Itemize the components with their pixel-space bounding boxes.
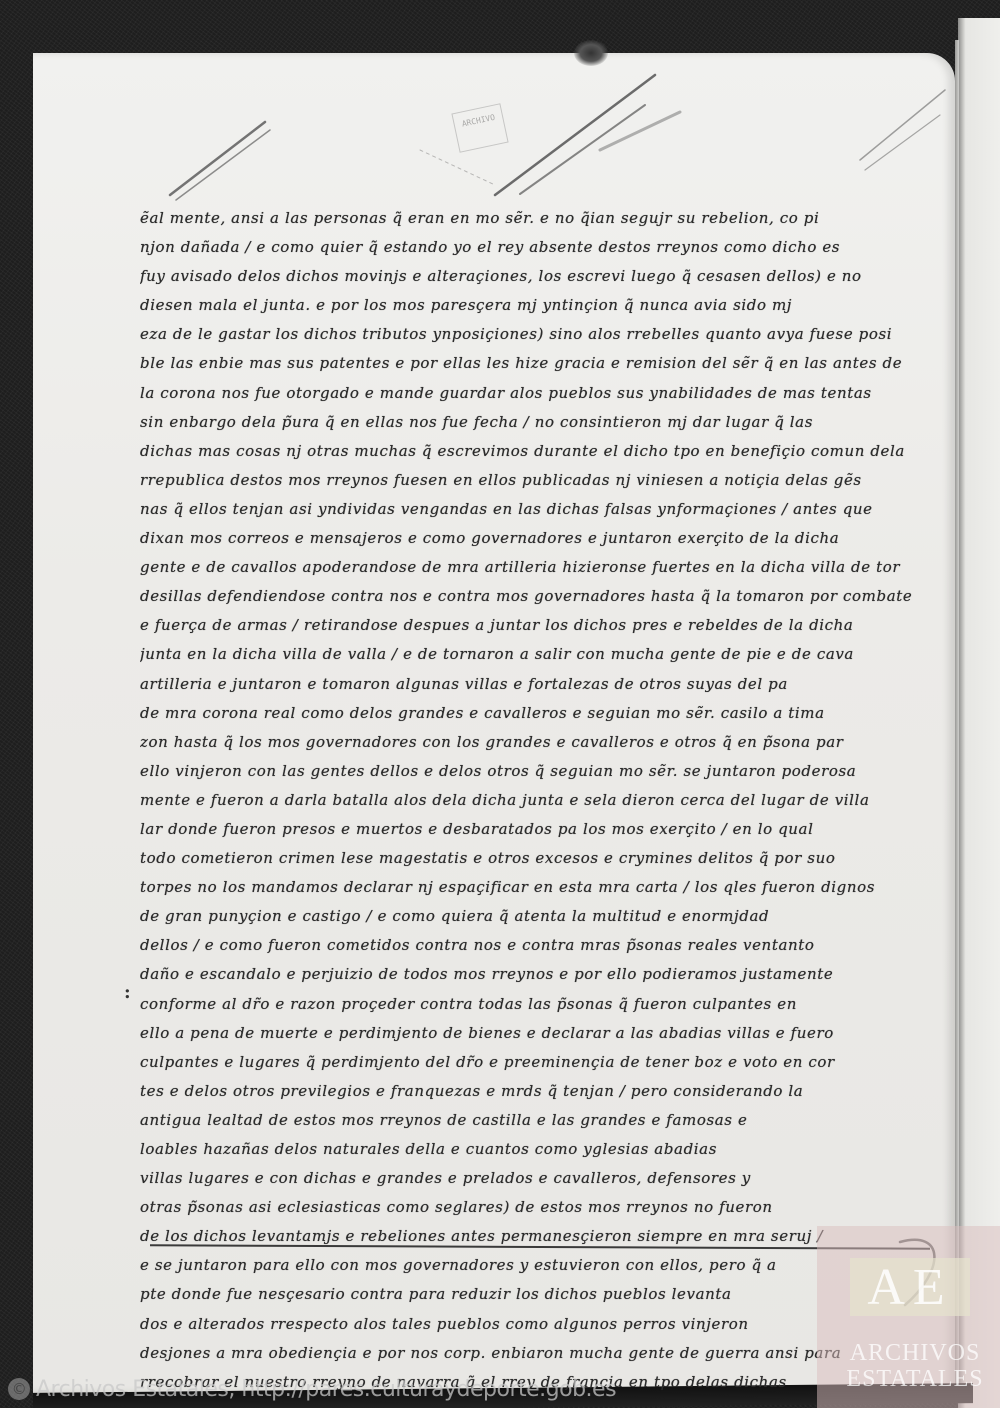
text-line: sin enbargo dela p̃ura q̃ en ellas nos f…	[140, 408, 925, 437]
text-line: dos e alterados rrespecto alos tales pue…	[140, 1310, 925, 1339]
text-line: ello vinjeron con las gentes dellos e de…	[140, 757, 925, 786]
page-edge-shadow	[955, 40, 959, 1400]
text-line: dixan mos correos e mensajeros e como go…	[140, 524, 925, 553]
copyright-text: Archivos Estatales, http://pares.cultura…	[36, 1377, 616, 1402]
margin-mark: :	[124, 982, 131, 1003]
text-line: daño e escandalo e perjuizio de todos mo…	[140, 960, 925, 989]
text-line: njon dañada / e como quier q̃ estando yo…	[140, 233, 925, 262]
text-line: torpes no los mandamos declarar nj espaç…	[140, 873, 925, 902]
text-line: zon hasta q̃ los mos governadores con lo…	[140, 728, 925, 757]
manuscript-text: ẽal mente, ansi a las personas q̃ eran e…	[140, 204, 925, 1397]
text-line: dellos / e como fueron cometidos contra …	[140, 931, 925, 960]
text-line: de mra corona real como delos grandes e …	[140, 699, 925, 728]
text-line: mente e fueron a darla batalla alos dela…	[140, 786, 925, 815]
copyright-footer: © Archivos Estatales, http://pares.cultu…	[8, 1372, 616, 1406]
archive-stamp-text: ARCHIVO	[461, 113, 496, 129]
text-line: conforme al dr̃o e razon proçeder contra…	[140, 990, 925, 1019]
text-line: rrepublica destos mos rreynos fuesen en …	[140, 466, 925, 495]
facing-page-edge	[958, 18, 1000, 1408]
text-line: fuy avisado delos dichos movinjs e alter…	[140, 262, 925, 291]
text-line: junta en la dicha villa de valla / e de …	[140, 640, 925, 669]
text-line: eza de le gastar los dichos tributos ynp…	[140, 320, 925, 349]
watermark-line-2: ESTATALES	[830, 1366, 1000, 1392]
text-line: de gran punyçion e castigo / e como quie…	[140, 902, 925, 931]
archive-logo-icon: AE	[850, 1258, 970, 1316]
text-line: todo cometieron crimen lese magestatis e…	[140, 844, 925, 873]
text-line: dichas mas cosas nj otras muchas q̃ escr…	[140, 437, 925, 466]
text-line: desjones a mra obediençia e por nos corp…	[140, 1339, 925, 1368]
text-line: e fuerça de armas / retirandose despues …	[140, 611, 925, 640]
text-line: e se juntaron para ello con mos governad…	[140, 1251, 925, 1280]
text-line: pte donde fue nesçesario contra para red…	[140, 1280, 925, 1309]
text-line: antigua lealtad de estos mos rreynos de …	[140, 1106, 925, 1135]
text-line: desillas defendiendose contra nos e cont…	[140, 582, 925, 611]
text-line: villas lugares e con dichas e grandes e …	[140, 1164, 925, 1193]
copyright-icon: ©	[8, 1378, 30, 1400]
text-line: loables hazañas delos naturales della e …	[140, 1135, 925, 1164]
text-line: diesen mala el junta. e por los mos pare…	[140, 291, 925, 320]
text-line: ẽal mente, ansi a las personas q̃ eran e…	[140, 204, 925, 233]
ink-blot	[574, 40, 608, 66]
text-line: lar donde fueron presos e muertos e desb…	[140, 815, 925, 844]
watermark-line-1: ARCHIVOS	[830, 1340, 1000, 1366]
text-line: gente e de cavallos apoderandose de mra …	[140, 553, 925, 582]
text-line: nas q̃ ellos tenjan asi yndividas vengan…	[140, 495, 925, 524]
text-line: artilleria e juntaron e tomaron algunas …	[140, 670, 925, 699]
text-line: ble las enbie mas sus patentes e por ell…	[140, 349, 925, 378]
text-line: ello a pena de muerte e perdimjento de b…	[140, 1019, 925, 1048]
text-line: otras p̃sonas asi eclesiasticas como seg…	[140, 1193, 925, 1222]
text-line: culpantes e lugares q̃ perdimjento del d…	[140, 1048, 925, 1077]
text-line: la corona nos fue otorgado e mande guard…	[140, 379, 925, 408]
watermark-text: ARCHIVOS ESTATALES	[830, 1340, 1000, 1392]
text-line: tes e delos otros previlegios e franquez…	[140, 1077, 925, 1106]
